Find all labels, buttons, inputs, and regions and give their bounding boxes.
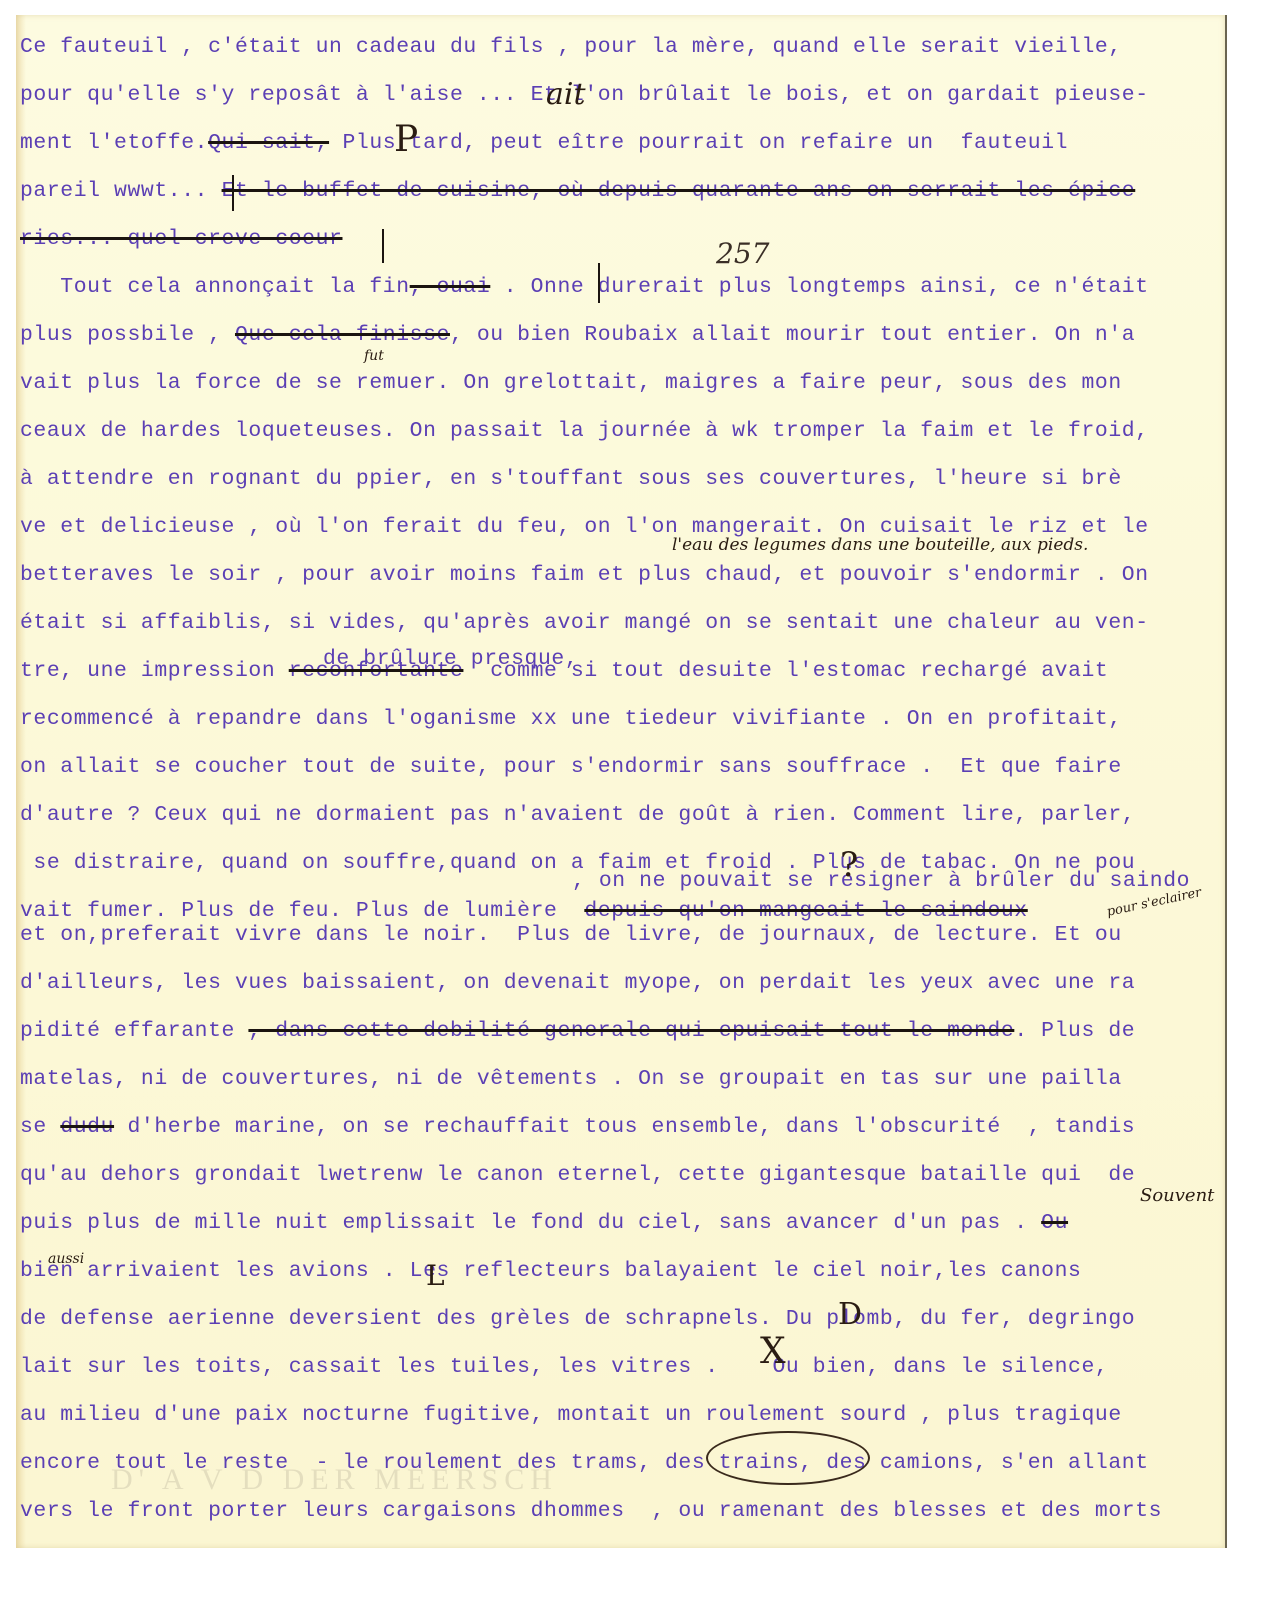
typed-line: on allait se coucher tout de suite, pour… <box>20 757 1122 778</box>
typed-text: bien arrivaient les avions . Les reflect… <box>20 1259 1081 1283</box>
typed-line: d'autre ? Ceux qui ne dormaient pas n'av… <box>20 805 1135 826</box>
typed-line: vait plus la force de se remuer. On grel… <box>20 373 1122 394</box>
typed-text: puis plus de mille nuit emplissait le fo… <box>20 1211 1041 1235</box>
typed-line: bien arrivaient les avions . Les reflect… <box>20 1261 1081 1282</box>
struck-text: dudu <box>60 1115 114 1139</box>
typed-line: plus possbile , Que cela finisse, ou bie… <box>20 325 1135 346</box>
typed-text: betteraves le soir , pour avoir moins fa… <box>20 563 1149 587</box>
typed-text: on allait se coucher tout de suite, pour… <box>20 755 1122 779</box>
typed-line: se dudu d'herbe marine, on se rechauffai… <box>20 1117 1135 1138</box>
typed-line: ment l'etoffe.Qui sait, Plus tard, peut … <box>20 133 1068 154</box>
typed-line: qu'au dehors grondait lwetrenw le canon … <box>20 1165 1135 1186</box>
handwritten-correction: fut <box>364 348 384 364</box>
manuscript-page: D' A V D DER MEERSCH 257 Ce fauteuil , c… <box>16 15 1227 1548</box>
typed-line: pidité effarante , dans cette debilité g… <box>20 1021 1135 1042</box>
struck-text: Ou <box>1041 1211 1068 1235</box>
handwritten-correction: aussi <box>48 1251 84 1267</box>
circled-text-mark <box>706 1431 870 1485</box>
typed-text: matelas, ni de couvertures, ni de vêteme… <box>20 1067 1122 1091</box>
typed-text: pareil wwwt... <box>20 179 222 203</box>
typed-text: tre, une impression <box>20 659 289 683</box>
typed-line: matelas, ni de couvertures, ni de vêteme… <box>20 1069 1122 1090</box>
handwritten-question-mark: ? <box>840 845 858 885</box>
typed-line: était si affaiblis, si vides, qu'après a… <box>20 613 1149 634</box>
typed-text: Tout cela annonçait la fin <box>20 275 410 299</box>
struck-text: , ouai <box>410 275 491 299</box>
typed-line: de defense aerienne deversient des grèle… <box>20 1309 1135 1330</box>
typed-text: vait fumer. Plus de feu. Plus de lumière <box>20 899 584 923</box>
typed-text: plus possbile , <box>20 323 235 347</box>
handwritten-correction: Souvent <box>1140 1185 1214 1206</box>
struck-text: depuis qu'on mangeait le saindoux <box>584 899 1027 923</box>
handwritten-correction: P <box>394 119 418 160</box>
typed-text: . Onne durerait plus longtemps ainsi, ce… <box>490 275 1148 299</box>
typed-line: ries... quel creve coeur <box>20 229 342 250</box>
handwritten-correction: ait <box>546 77 586 112</box>
typed-text: . Plus de <box>1014 1019 1135 1043</box>
typed-text: recommencé à repandre dans l'oganisme xx… <box>20 707 1122 731</box>
typed-text: vers le front porter leurs cargaisons dh… <box>20 1499 1162 1523</box>
typed-text: d'autre ? Ceux qui ne dormaient pas n'av… <box>20 803 1135 827</box>
typed-line: recommencé à repandre dans l'oganisme xx… <box>20 709 1122 730</box>
typed-insert-brulure: de brûlure presque, <box>323 647 578 671</box>
typed-line: d'ailleurs, les vues baissaient, on deve… <box>20 973 1135 994</box>
typed-text: , ou bien Roubaix allait mourir tout ent… <box>450 323 1135 347</box>
typed-text: se <box>20 1115 60 1139</box>
edit-bar <box>382 229 384 263</box>
typed-line: au milieu d'une paix nocturne fugitive, … <box>20 1405 1122 1426</box>
typed-text: Ce fauteuil , c'était un cadeau du fils … <box>20 35 1122 59</box>
struck-text: Qui sait, <box>208 131 329 155</box>
handwritten-marginal-insert: l'eau des legumes dans une bouteille, au… <box>672 535 1088 555</box>
typed-text: de defense aerienne deversient des grèle… <box>20 1307 1135 1331</box>
typed-text: encore tout le reste - le roulement des … <box>20 1451 1149 1475</box>
typed-line: vait fumer. Plus de feu. Plus de lumière… <box>20 901 1028 922</box>
typed-text: ment l'etoffe. <box>20 131 208 155</box>
typed-line: et on,preferait vivre dans le noir. Plus… <box>20 925 1122 946</box>
typed-text: vait plus la force de se remuer. On grel… <box>20 371 1122 395</box>
typed-text: à attendre en rognant du ppier, en s'tou… <box>20 467 1122 491</box>
edit-bar <box>598 263 600 303</box>
typed-text: Plus tard, peut eître pourrait on refair… <box>329 131 1068 155</box>
struck-text: Et le buffet de cuisine, où depuis quara… <box>222 179 1136 203</box>
typed-insert-saindoux: , on ne pouvait se resigner à brûler du … <box>572 869 1190 893</box>
typed-text: d'ailleurs, les vues baissaient, on deve… <box>20 971 1135 995</box>
page-number: 257 <box>716 237 769 270</box>
typed-line: Tout cela annonçait la fin, ouai . Onne … <box>20 277 1149 298</box>
typed-line: betteraves le soir , pour avoir moins fa… <box>20 565 1149 586</box>
struck-text: , dans cette debilité generale qui epuis… <box>248 1019 1014 1043</box>
typed-text: pidité effarante <box>20 1019 248 1043</box>
typed-text: au milieu d'une paix nocturne fugitive, … <box>20 1403 1122 1427</box>
typed-text: ceaux de hardes loqueteuses. On passait … <box>20 419 1149 443</box>
typed-line: encore tout le reste - le roulement des … <box>20 1453 1149 1474</box>
typed-text: lait sur les toits, cassait les tuiles, … <box>20 1355 1108 1379</box>
typed-line: lait sur les toits, cassait les tuiles, … <box>20 1357 1108 1378</box>
typed-line: à attendre en rognant du ppier, en s'tou… <box>20 469 1122 490</box>
typed-text: et on,preferait vivre dans le noir. Plus… <box>20 923 1122 947</box>
typed-line: ceaux de hardes loqueteuses. On passait … <box>20 421 1149 442</box>
typed-text: qu'au dehors grondait lwetrenw le canon … <box>20 1163 1135 1187</box>
typed-line: puis plus de mille nuit emplissait le fo… <box>20 1213 1068 1234</box>
struck-text: ries... quel creve coeur <box>20 227 342 251</box>
typed-line: pareil wwwt... Et le buffet de cuisine, … <box>20 181 1135 202</box>
typed-line: vers le front porter leurs cargaisons dh… <box>20 1501 1162 1522</box>
typed-line: Ce fauteuil , c'était un cadeau du fils … <box>20 37 1122 58</box>
typed-text: d'herbe marine, on se rechauffait tous e… <box>114 1115 1135 1139</box>
edit-bar <box>232 175 234 211</box>
struck-text: Que cela finisse <box>235 323 450 347</box>
paragraph-mark: X <box>760 1331 786 1372</box>
handwritten-correction: D <box>838 1297 862 1332</box>
handwritten-correction: L <box>426 1259 445 1292</box>
typed-text: était si affaiblis, si vides, qu'après a… <box>20 611 1149 635</box>
